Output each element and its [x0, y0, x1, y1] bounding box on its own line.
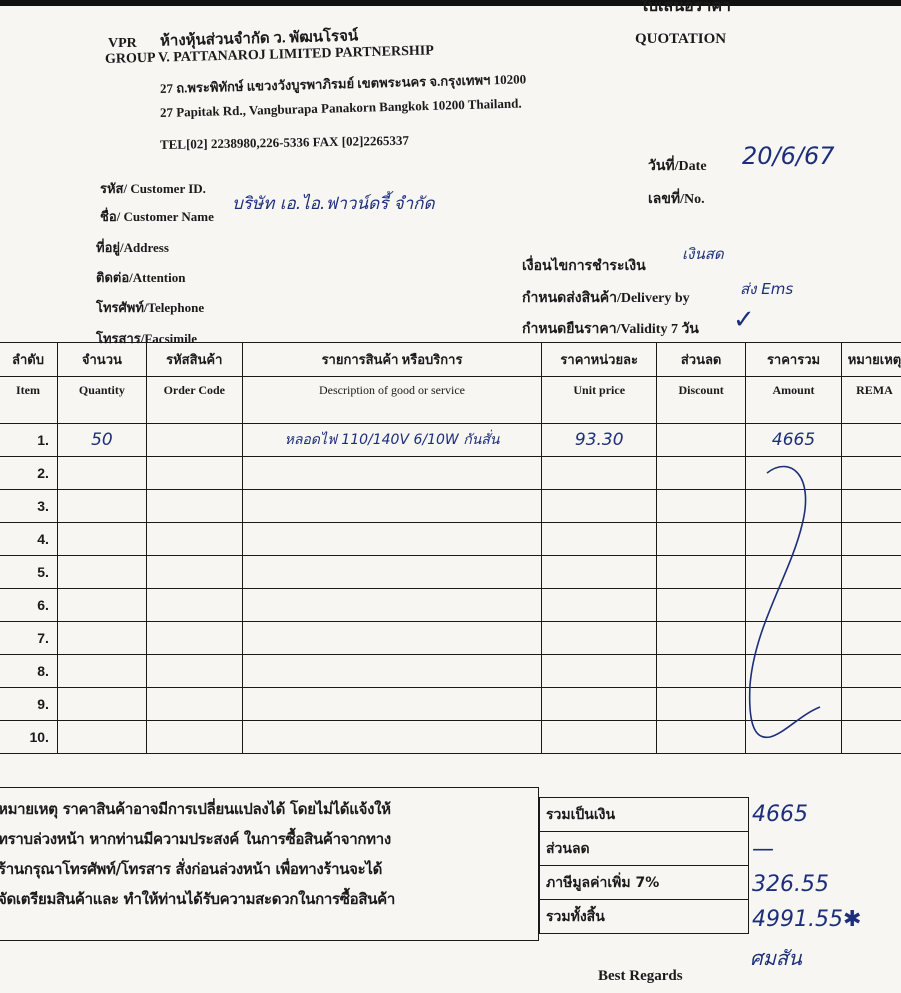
- cell-discount: [657, 622, 746, 655]
- date-value: 20/6/67: [742, 142, 835, 170]
- totals-values: 4665 — 326.55 4991.55✱: [752, 797, 861, 937]
- cell-description: [242, 556, 542, 589]
- cell-unit-price: [542, 655, 657, 688]
- table-row: 4.: [0, 523, 901, 556]
- cell-discount: [657, 490, 746, 523]
- cell-code: [146, 622, 242, 655]
- document-title-th: ใบเสนอราคา: [640, 0, 731, 19]
- cell-item: 3.: [0, 490, 57, 523]
- table-row: 8.: [0, 655, 901, 688]
- validity-label: กำหนดยืนราคา/Validity 7 วัน: [522, 318, 699, 340]
- col-price-en: Unit price: [542, 377, 657, 424]
- col-remark-th: หมายเหตุ: [841, 343, 901, 377]
- col-amount-en: Amount: [746, 377, 842, 424]
- cell-quantity: [57, 556, 146, 589]
- cell-code: [146, 655, 242, 688]
- payment-label: เงื่อนไขการชำระเงิน: [522, 255, 646, 277]
- cell-description: [242, 589, 542, 622]
- col-amount-th: ราคารวม: [746, 343, 842, 377]
- best-regards: Best Regards: [598, 968, 683, 985]
- table-row: 9.: [0, 688, 901, 721]
- delivery-label: กำหนดส่งสินค้า/Delivery by: [522, 287, 690, 309]
- cell-code: [146, 688, 242, 721]
- cell-unit-price: [542, 523, 657, 556]
- cell-code: [146, 490, 242, 523]
- payment-value: เงินสด: [682, 242, 724, 266]
- cell-item: 4.: [0, 523, 57, 556]
- cell-unit-price: [542, 556, 657, 589]
- cell-code: [146, 721, 242, 754]
- cell-remark: [841, 622, 901, 655]
- cell-discount: [657, 688, 746, 721]
- col-item-th: ลำดับ: [0, 343, 57, 377]
- cell-item: 5.: [0, 556, 57, 589]
- discount-total-value: —: [752, 832, 861, 867]
- cell-remark: [841, 655, 901, 688]
- cell-unit-price: [542, 688, 657, 721]
- cell-remark: [841, 589, 901, 622]
- cell-unit-price: [542, 622, 657, 655]
- note-box: หมายเหตุ ราคาสินค้าอาจมีการเปลี่ยนแปลงได…: [0, 787, 539, 941]
- cell-description: [242, 457, 542, 490]
- col-code-th: รหัสสินค้า: [146, 343, 242, 377]
- cell-quantity: 50: [57, 424, 146, 457]
- delivery-value: ส่ง Ems: [740, 277, 793, 301]
- note-line: หมายเหตุ ราคาสินค้าอาจมีการเปลี่ยนแปลงได…: [0, 794, 538, 824]
- cell-amount: [746, 721, 842, 754]
- cell-description: [242, 721, 542, 754]
- vat-value: 326.55: [752, 867, 861, 902]
- cell-unit-price: [542, 457, 657, 490]
- cell-amount: 4665: [746, 424, 842, 457]
- cell-remark: [841, 523, 901, 556]
- cell-remark: [841, 556, 901, 589]
- cell-unit-price: [542, 721, 657, 754]
- table-row: 1.50หลอดไฟ 110/140V 6/10W กันสั่น93.3046…: [0, 424, 901, 457]
- col-qty-th: จำนวน: [57, 343, 146, 377]
- cell-code: [146, 589, 242, 622]
- cell-description: หลอดไฟ 110/140V 6/10W กันสั่น: [242, 424, 542, 457]
- cell-code: [146, 523, 242, 556]
- col-item-en: Item: [0, 377, 57, 424]
- date-label: วันที่/Date: [648, 155, 707, 177]
- col-desc-th: รายการสินค้า หรือบริการ: [242, 343, 542, 377]
- cell-code: [146, 457, 242, 490]
- cell-item: 6.: [0, 589, 57, 622]
- cell-discount: [657, 721, 746, 754]
- table-row: 5.: [0, 556, 901, 589]
- company-contact: TEL[02] 2238980,226-5336 FAX [02]2265337: [160, 133, 409, 153]
- customer-telephone-label: โทรศัพท์/Telephone: [96, 297, 204, 318]
- header-row-th: ลำดับ จำนวน รหัสสินค้า รายการสินค้า หรือ…: [0, 343, 901, 377]
- scan-top-edge: [0, 0, 901, 6]
- note-line: ทราบล่วงหน้า หากท่านมีความประสงค์ ในการซ…: [0, 824, 538, 854]
- cell-item: 8.: [0, 655, 57, 688]
- cell-quantity: [57, 655, 146, 688]
- cell-remark: [841, 721, 901, 754]
- cell-remark: [841, 457, 901, 490]
- cell-amount: [746, 523, 842, 556]
- note-line: จัดเตรียมสินค้าและ ทำให้ท่านได้รับความสะ…: [0, 884, 538, 914]
- col-desc-en: Description of good or service: [242, 377, 542, 424]
- cell-description: [242, 655, 542, 688]
- cell-item: 2.: [0, 457, 57, 490]
- checkmark-icon: ✓: [733, 305, 755, 335]
- cell-remark: [841, 688, 901, 721]
- customer-name-label: ชื่อ/ Customer Name: [100, 206, 214, 227]
- cell-quantity: [57, 457, 146, 490]
- subtotal-label: รวมเป็นเงิน: [540, 798, 749, 832]
- cell-unit-price: 93.30: [542, 424, 657, 457]
- cell-remark: [841, 424, 901, 457]
- cell-quantity: [57, 688, 146, 721]
- signature: ศมสัน: [750, 942, 802, 974]
- cell-item: 10.: [0, 721, 57, 754]
- cell-code: [146, 556, 242, 589]
- subtotal-value: 4665: [752, 797, 861, 832]
- cell-item: 1.: [0, 424, 57, 457]
- totals-table: รวมเป็นเงิน ส่วนลด ภาษีมูลค่าเพิ่ม 7% รว…: [539, 797, 749, 934]
- table-row: 2.: [0, 457, 901, 490]
- cell-amount: [746, 457, 842, 490]
- cell-amount: [746, 688, 842, 721]
- company-name-en: GROUP V. PATTANAROJ LIMITED PARTNERSHIP: [105, 43, 434, 68]
- customer-name-value: บริษัท เอ.ไอ.ฟาวน์ดรี้ จำกัด: [232, 190, 435, 217]
- col-remark-en: REMA: [841, 377, 901, 424]
- grand-total-value: 4991.55✱: [752, 902, 861, 937]
- cell-quantity: [57, 490, 146, 523]
- cell-quantity: [57, 622, 146, 655]
- cell-unit-price: [542, 490, 657, 523]
- cell-description: [242, 622, 542, 655]
- col-discount-th: ส่วนลด: [657, 343, 746, 377]
- cell-amount: [746, 556, 842, 589]
- customer-attention-label: ติดต่อ/Attention: [96, 267, 185, 288]
- cell-item: 7.: [0, 622, 57, 655]
- table-row: 3.: [0, 490, 901, 523]
- header-row-en: Item Quantity Order Code Description of …: [0, 377, 901, 424]
- discount-total-label: ส่วนลด: [540, 832, 749, 866]
- document-title-en: QUOTATION: [635, 31, 726, 48]
- cell-amount: [746, 655, 842, 688]
- customer-id-label: รหัส/ Customer ID.: [100, 178, 206, 199]
- cell-item: 9.: [0, 688, 57, 721]
- cell-quantity: [57, 589, 146, 622]
- company-abbr: VPR: [108, 36, 137, 52]
- cell-amount: [746, 589, 842, 622]
- grand-total-label: รวมทั้งสิ้น: [540, 900, 749, 934]
- cell-unit-price: [542, 589, 657, 622]
- table-row: 7.: [0, 622, 901, 655]
- col-discount-en: Discount: [657, 377, 746, 424]
- cell-discount: [657, 457, 746, 490]
- cell-quantity: [57, 721, 146, 754]
- table-row: 6.: [0, 589, 901, 622]
- cell-amount: [746, 622, 842, 655]
- items-table: ลำดับ จำนวน รหัสสินค้า รายการสินค้า หรือ…: [0, 342, 901, 754]
- cell-code: [146, 424, 242, 457]
- col-price-th: ราคาหน่วยละ: [542, 343, 657, 377]
- cell-amount: [746, 490, 842, 523]
- cell-discount: [657, 424, 746, 457]
- number-label: เลขที่/No.: [648, 188, 705, 210]
- col-qty-en: Quantity: [57, 377, 146, 424]
- cell-quantity: [57, 523, 146, 556]
- table-row: 10.: [0, 721, 901, 754]
- cell-description: [242, 688, 542, 721]
- cell-description: [242, 523, 542, 556]
- company-address-th: 27 ถ.พระพิทักษ์ แขวงวังบูรพาภิรมย์ เขตพร…: [160, 68, 527, 99]
- cell-remark: [841, 490, 901, 523]
- cell-discount: [657, 589, 746, 622]
- vat-label: ภาษีมูลค่าเพิ่ม 7%: [540, 866, 749, 900]
- note-line: ร้านกรุณาโทรศัพท์/โทรสาร สั่งก่อนล่วงหน้…: [0, 854, 538, 884]
- col-code-en: Order Code: [146, 377, 242, 424]
- company-address-en: 27 Papitak Rd., Vangburapa Panakorn Bang…: [160, 96, 522, 121]
- cell-discount: [657, 523, 746, 556]
- cell-description: [242, 490, 542, 523]
- cell-discount: [657, 556, 746, 589]
- customer-address-label: ที่อยู่/Address: [96, 237, 169, 258]
- cell-discount: [657, 655, 746, 688]
